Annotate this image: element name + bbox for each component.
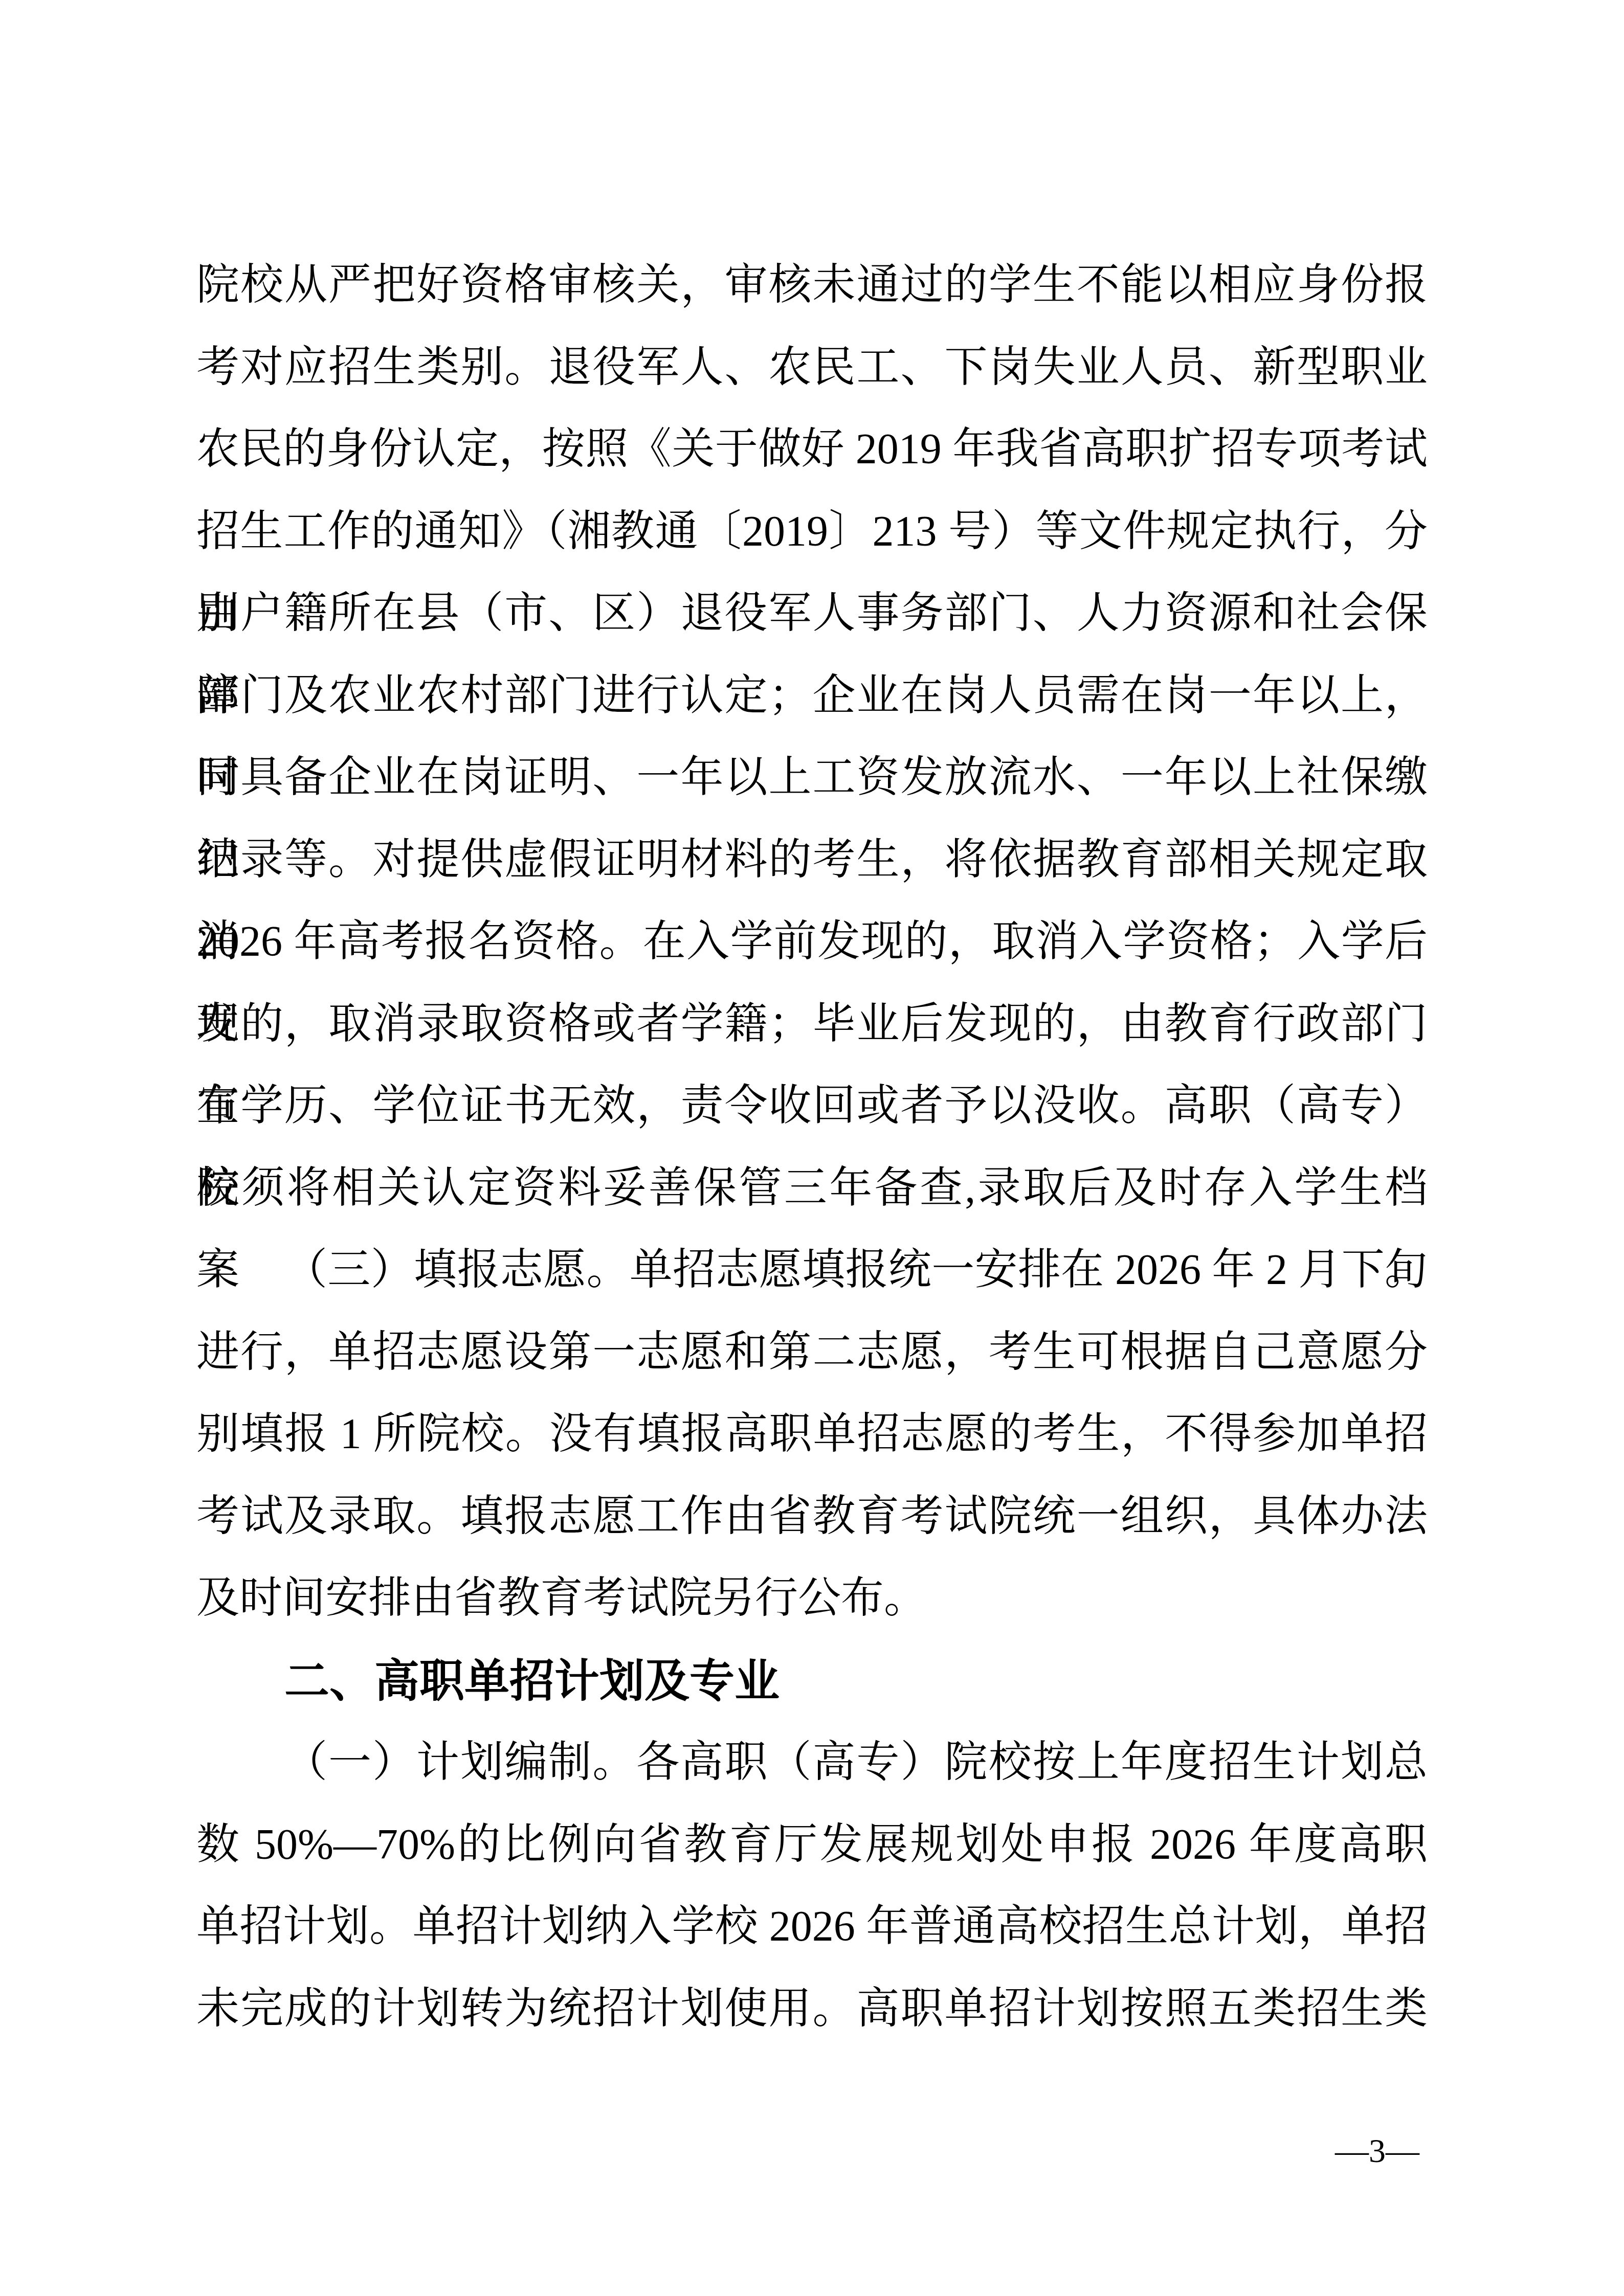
section-heading: 二、高职单招计划及专业	[196, 1640, 1428, 1722]
text-line-paragraph-end: 及时间安排由省教育考试院另行公布。	[196, 1558, 1428, 1640]
document-body: 院校从严把好资格审核关，审核未通过的学生不能以相应身份报 考对应招生类别。退役军…	[196, 244, 1428, 2050]
text-line: 布学历、学位证书无效，责令收回或者予以没收。高职（高专）院	[196, 1065, 1428, 1147]
text-line: 院校从严把好资格审核关，审核未通过的学生不能以相应身份报	[196, 244, 1428, 327]
document-page: 院校从严把好资格审核关，审核未通过的学生不能以相应身份报 考对应招生类别。退役军…	[0, 0, 1624, 2296]
text-line: 校须将相关认定资料妥善保管三年备查,录取后及时存入学生档案。	[196, 1147, 1428, 1230]
text-line: 考对应招生类别。退役军人、农民工、下岗失业人员、新型职业	[196, 327, 1428, 409]
text-line: 进行，单招志愿设第一志愿和第二志愿，考生可根据自己意愿分	[196, 1312, 1428, 1394]
text-line: 招生工作的通知》（湘教通〔2019〕213 号）等文件规定执行，分别	[196, 491, 1428, 573]
text-line: 未完成的计划转为统招计划使用。高职单招计划按照五类招生类	[196, 1968, 1428, 2051]
text-line: 现的，取消录取资格或者学籍；毕业后发现的，由教育行政部门宣	[196, 983, 1428, 1066]
text-line: 2026 年高考报名资格。在入学前发现的，取消入学资格；入学后发	[196, 901, 1428, 983]
text-line: 部门及农业农村部门进行认定；企业在岗人员需在岗一年以上，同	[196, 655, 1428, 737]
text-line: 记录等。对提供虚假证明材料的考生，将依据教育部相关规定取消	[196, 819, 1428, 902]
text-line-paragraph-3-start: （三）填报志愿。单招志愿填报统一安排在 2026 年 2 月下旬	[196, 1229, 1428, 1312]
page-number: —3—	[1335, 2133, 1419, 2169]
text-line: 农民的身份认定，按照《关于做好 2019 年我省高职扩招专项考试	[196, 409, 1428, 491]
text-line: 数 50%—70%的比例向省教育厅发展规划处申报 2026 年度高职	[196, 1804, 1428, 1886]
text-line: 单招计划。单招计划纳入学校 2026 年普通高校招生总计划，单招	[196, 1886, 1428, 1968]
text-line: 由户籍所在县（市、区）退役军人事务部门、人力资源和社会保障	[196, 573, 1428, 655]
text-line: 考试及录取。填报志愿工作由省教育考试院统一组织，具体办法	[196, 1476, 1428, 1558]
text-line-paragraph-1-start: （一）计划编制。各高职（高专）院校按上年度招生计划总	[196, 1722, 1428, 1804]
text-line: 别填报 1 所院校。没有填报高职单招志愿的考生，不得参加单招	[196, 1393, 1428, 1476]
text-line: 时具备企业在岗证明、一年以上工资发放流水、一年以上社保缴纳	[196, 737, 1428, 819]
